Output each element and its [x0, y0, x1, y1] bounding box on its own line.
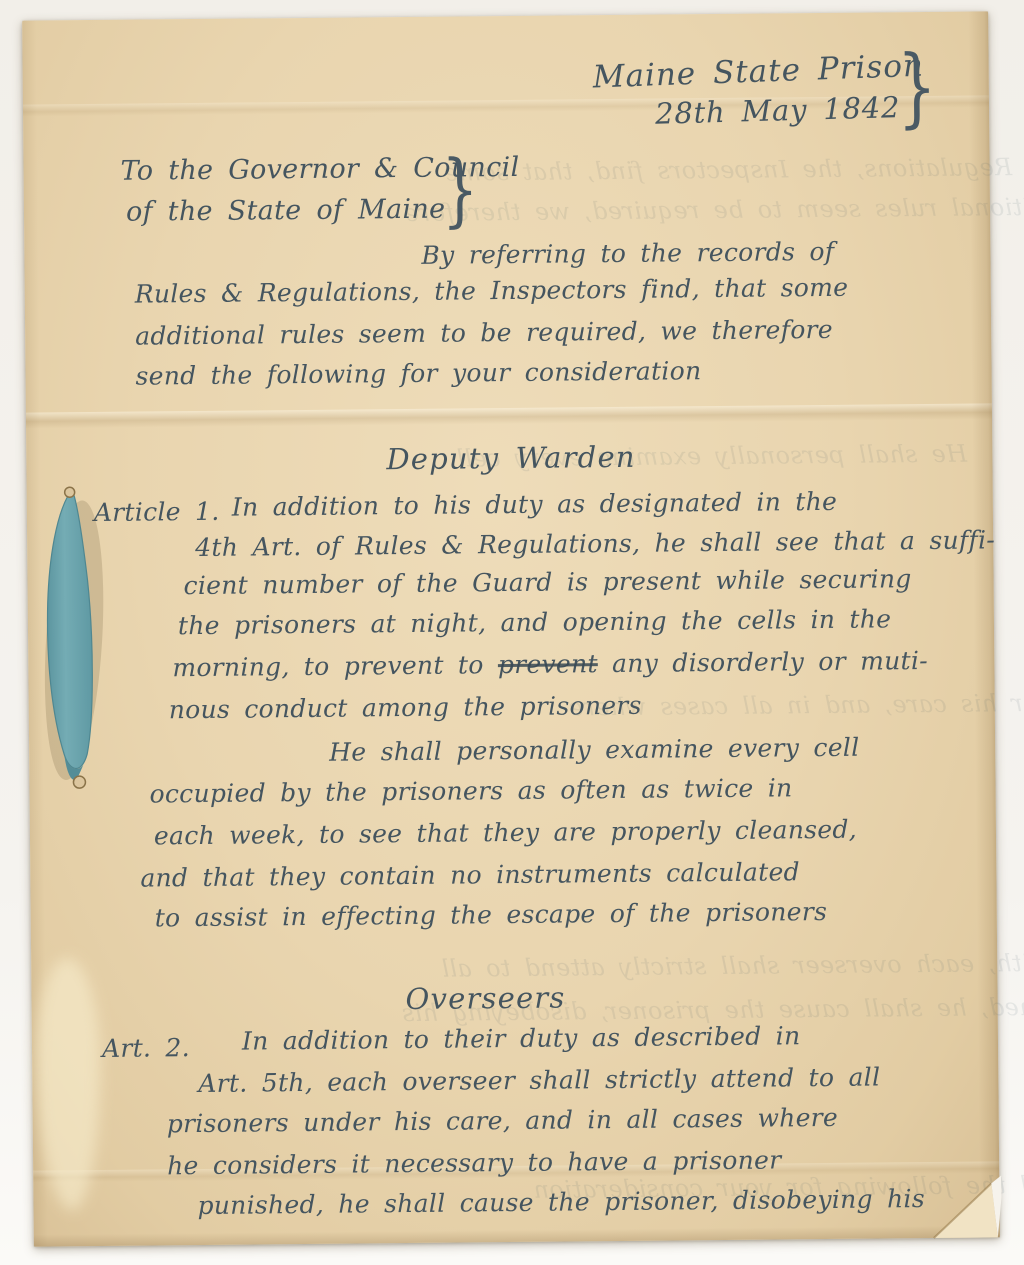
scanned-document-screenshot: { "colors": { "ink": "#45555f", "paper":… [0, 0, 1024, 1265]
article-label: Art. 2. [102, 1033, 190, 1063]
manuscript-line: He shall personally examine every cell [329, 733, 860, 767]
manuscript-line: he considers it necessary to have a pris… [167, 1145, 782, 1180]
silk-ribbon [29, 482, 116, 795]
bleed-through-text: Art. 5th, each overseer shall strictly a… [441, 948, 1024, 982]
fold-crease [26, 403, 992, 428]
line-pre: morning, to prevent to [172, 650, 498, 682]
thread-hole [65, 487, 75, 497]
manuscript-line: Rules & Regulations, the Inspectors find… [135, 273, 849, 309]
paper-stain [35, 958, 101, 1211]
manuscript-line: Art. 5th, each overseer shall strictly a… [198, 1062, 880, 1098]
manuscript-line: cient number of the Guard is present whi… [183, 564, 911, 600]
manuscript-line: prisoners under his care, and in all cas… [167, 1103, 839, 1138]
brace-flourish-icon: } [897, 38, 937, 138]
page-edge-shading [34, 1225, 1000, 1246]
manuscript-line: occupied by the prisoners as often as tw… [149, 773, 792, 808]
heading-place: Maine State Prison [592, 48, 924, 96]
manuscript-line: In addition to their duty as described i… [242, 1021, 801, 1055]
manuscript-line: In addition to his duty as designated in… [232, 487, 838, 522]
manuscript-line-with-strikeout: morning, to prevent to prevent any disor… [172, 646, 928, 682]
thread-hole [73, 776, 85, 788]
section-heading-deputy-warden: Deputy Warden [386, 440, 636, 476]
manuscript-page: Rules & Regulations, the Inspectors find… [22, 11, 1000, 1246]
bleed-through-text: Rules & Regulations, the Inspectors find… [443, 152, 1024, 187]
manuscript-line: punished, he shall cause the prisoner, d… [197, 1184, 925, 1220]
manuscript-line: By referring to the records of [421, 237, 834, 270]
manuscript-line: and that they contain no instruments cal… [140, 857, 800, 892]
section-heading-overseers: Overseers [405, 980, 565, 1016]
line-post: any disorderly or muti- [598, 646, 928, 678]
bleed-through-text: additional rules seem to be required, we… [404, 193, 1024, 227]
manuscript-line: send the following for your consideratio… [135, 356, 701, 390]
dog-ear-graphic [925, 1167, 1002, 1240]
manuscript-line: to assist in effecting the escape of the… [155, 897, 828, 932]
struck-word: prevent [498, 649, 598, 679]
silk-ribbon-graphic [29, 482, 116, 795]
manuscript-line: 4th Art. of Rules & Regulations, he shal… [195, 525, 995, 562]
manuscript-line: additional rules seem to be required, we… [135, 315, 833, 351]
manuscript-line: each week, to see that they are properly… [154, 815, 857, 851]
manuscript-line: the prisoners at night, and opening the … [178, 604, 892, 640]
salutation-line: of the State of Maine [126, 194, 446, 228]
heading-date: 28th May 1842 [655, 90, 901, 131]
brace-flourish-icon: } [441, 142, 478, 236]
dog-ear-fold [925, 1167, 1002, 1240]
manuscript-line: nous conduct among the prisoners [169, 691, 642, 725]
